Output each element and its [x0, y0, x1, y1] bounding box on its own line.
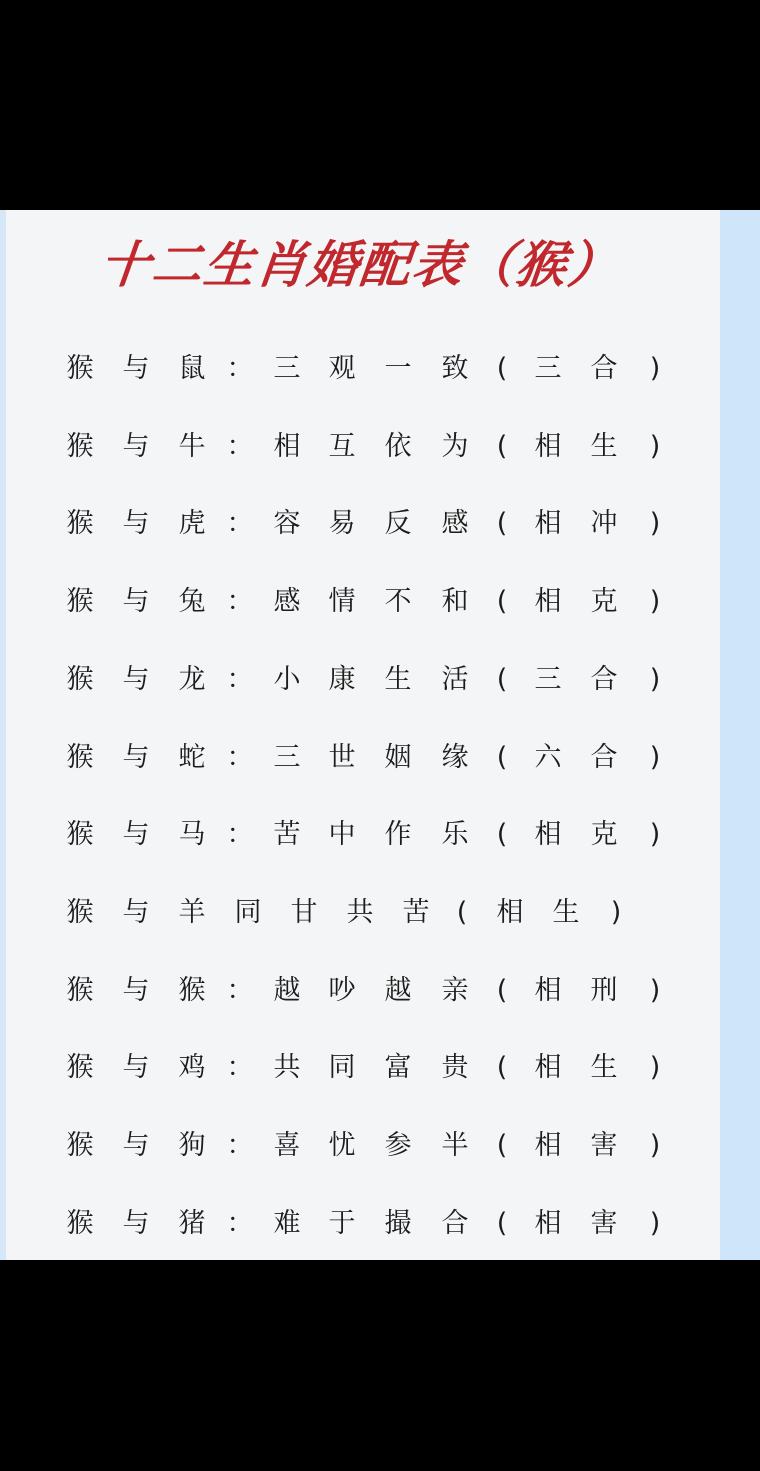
row-char: ： [220, 660, 260, 700]
row-char: 活 [435, 660, 475, 700]
row-char: 撮 [378, 1204, 418, 1244]
row-char: ： [220, 815, 260, 855]
row-char: 虎 [172, 504, 212, 544]
row-char: 生 [584, 427, 624, 467]
row-char: 三 [528, 349, 568, 389]
row-char: 感 [267, 582, 307, 622]
row-char: 相 [528, 1126, 568, 1166]
row-char: 小 [267, 660, 307, 700]
row-char: 猴 [60, 1204, 100, 1244]
row-char: 亲 [435, 971, 475, 1011]
row-char: 共 [340, 893, 380, 933]
row-char: 互 [322, 427, 362, 467]
row-char: 相 [490, 893, 530, 933]
row-char: 猪 [172, 1204, 212, 1244]
row-char: 合 [435, 1204, 475, 1244]
row-char: 难 [267, 1204, 307, 1244]
list-item: 猴与鼠：三观一致(三合) [0, 349, 720, 389]
row-char: 为 [435, 427, 475, 467]
row-char: ( [482, 971, 522, 1011]
row-char: 相 [528, 971, 568, 1011]
row-char: ) [635, 1048, 675, 1088]
row-char: ： [220, 1048, 260, 1088]
row-char: ) [635, 504, 675, 544]
row-char: 合 [584, 660, 624, 700]
list-item: 猴与蛇：三世姻缘(六合) [0, 738, 720, 778]
row-char: 与 [116, 738, 156, 778]
right-edge-strip [720, 210, 760, 1260]
row-char: 一 [378, 349, 418, 389]
row-char: 三 [267, 349, 307, 389]
row-char: 三 [528, 660, 568, 700]
row-char: 与 [116, 971, 156, 1011]
row-char: 冲 [584, 504, 624, 544]
row-char: ( [482, 660, 522, 700]
row-char: 依 [378, 427, 418, 467]
row-char: 易 [322, 504, 362, 544]
row-char: 甘 [284, 893, 324, 933]
row-char: 共 [267, 1048, 307, 1088]
row-char: ) [635, 349, 675, 389]
row-char: 猴 [60, 1126, 100, 1166]
row-char: ( [482, 815, 522, 855]
list-item: 猴与兔：感情不和(相克) [0, 582, 720, 622]
list-item: 猴与猴：越吵越亲(相刑) [0, 971, 720, 1011]
row-char: 蛇 [172, 738, 212, 778]
row-char: 越 [267, 971, 307, 1011]
row-char: 猴 [60, 971, 100, 1011]
row-char: 中 [322, 815, 362, 855]
page-title: 十二生肖婚配表（猴） [96, 230, 623, 300]
row-char: ( [442, 893, 482, 933]
row-char: 不 [378, 582, 418, 622]
row-char: ： [220, 1204, 260, 1244]
list-item: 猴与虎：容易反感(相冲) [0, 504, 720, 544]
row-char: 苦 [396, 893, 436, 933]
row-char: ( [482, 504, 522, 544]
row-char: 相 [528, 427, 568, 467]
row-char: 与 [116, 1126, 156, 1166]
row-char: 龙 [172, 660, 212, 700]
list-item: 猴与马：苦中作乐(相克) [0, 815, 720, 855]
row-char: 缘 [435, 738, 475, 778]
row-char: 苦 [267, 815, 307, 855]
row-char: 克 [584, 582, 624, 622]
row-char: ： [220, 1126, 260, 1166]
row-char: 半 [435, 1126, 475, 1166]
row-char: 鼠 [172, 349, 212, 389]
row-char: ( [482, 738, 522, 778]
row-char: 相 [528, 504, 568, 544]
row-char: ) [635, 582, 675, 622]
row-char: ) [635, 427, 675, 467]
row-char: 感 [435, 504, 475, 544]
row-char: 同 [228, 893, 268, 933]
row-char: 与 [116, 1048, 156, 1088]
row-char: 羊 [172, 893, 212, 933]
row-char: 贵 [435, 1048, 475, 1088]
row-char: ) [635, 1126, 675, 1166]
list-item: 猴与猪：难于撮合(相害) [0, 1204, 720, 1244]
row-char: 世 [322, 738, 362, 778]
row-char: 相 [528, 1204, 568, 1244]
row-char: 与 [116, 427, 156, 467]
row-char: 害 [584, 1126, 624, 1166]
row-char: 猴 [60, 504, 100, 544]
row-char: 生 [546, 893, 586, 933]
row-char: ) [596, 893, 636, 933]
row-char: 与 [116, 660, 156, 700]
row-char: 相 [528, 1048, 568, 1088]
row-char: ： [220, 738, 260, 778]
row-char: ( [482, 1048, 522, 1088]
row-char: 与 [116, 815, 156, 855]
row-char: 猴 [60, 1048, 100, 1088]
row-char: 和 [435, 582, 475, 622]
row-char: 作 [378, 815, 418, 855]
row-char: 富 [378, 1048, 418, 1088]
row-char: 三 [267, 738, 307, 778]
row-char: 致 [435, 349, 475, 389]
row-char: ： [220, 349, 260, 389]
row-char: ) [635, 971, 675, 1011]
row-char: ( [482, 1126, 522, 1166]
row-char: ( [482, 349, 522, 389]
row-char: 鸡 [172, 1048, 212, 1088]
row-char: 与 [116, 893, 156, 933]
row-char: 牛 [172, 427, 212, 467]
row-char: 猴 [60, 349, 100, 389]
row-char: ) [635, 815, 675, 855]
row-char: 害 [584, 1204, 624, 1244]
row-char: 与 [116, 582, 156, 622]
row-char: 马 [172, 815, 212, 855]
row-char: 猴 [60, 738, 100, 778]
row-char: ： [220, 504, 260, 544]
row-char: 猴 [60, 582, 100, 622]
row-char: 越 [378, 971, 418, 1011]
row-char: 猴 [60, 660, 100, 700]
zodiac-marriage-card: 十二生肖婚配表（猴） 猴与鼠：三观一致(三合)猴与牛：相互依为(相生)猴与虎：容… [0, 210, 760, 1260]
row-char: 生 [584, 1048, 624, 1088]
row-char: ) [635, 1204, 675, 1244]
row-char: 猴 [60, 427, 100, 467]
row-char: 反 [378, 504, 418, 544]
row-char: ) [635, 738, 675, 778]
list-item: 猴与羊同甘共苦(相生) [0, 893, 720, 933]
row-char: 与 [116, 1204, 156, 1244]
list-item: 猴与狗：喜忧参半(相害) [0, 1126, 720, 1166]
row-char: 情 [322, 582, 362, 622]
row-char: 相 [528, 582, 568, 622]
row-char: ( [482, 1204, 522, 1244]
row-char: 克 [584, 815, 624, 855]
row-char: 同 [322, 1048, 362, 1088]
row-char: 相 [267, 427, 307, 467]
row-char: ： [220, 427, 260, 467]
row-char: ) [635, 660, 675, 700]
row-char: 与 [116, 349, 156, 389]
row-char: 六 [528, 738, 568, 778]
row-char: ： [220, 582, 260, 622]
row-char: 与 [116, 504, 156, 544]
row-char: 猴 [60, 893, 100, 933]
row-char: 合 [584, 738, 624, 778]
row-char: 姻 [378, 738, 418, 778]
row-char: 观 [322, 349, 362, 389]
row-char: ( [482, 582, 522, 622]
row-char: 康 [322, 660, 362, 700]
row-char: 容 [267, 504, 307, 544]
row-char: ( [482, 427, 522, 467]
row-char: 吵 [322, 971, 362, 1011]
row-char: 忧 [322, 1126, 362, 1166]
list-item: 猴与鸡：共同富贵(相生) [0, 1048, 720, 1088]
row-char: ： [220, 971, 260, 1011]
row-char: 相 [528, 815, 568, 855]
row-char: 于 [322, 1204, 362, 1244]
row-char: 猴 [60, 815, 100, 855]
row-char: 猴 [172, 971, 212, 1011]
row-char: 喜 [267, 1126, 307, 1166]
row-char: 刑 [584, 971, 624, 1011]
row-char: 参 [378, 1126, 418, 1166]
list-item: 猴与牛：相互依为(相生) [0, 427, 720, 467]
list-item: 猴与龙：小康生活(三合) [0, 660, 720, 700]
row-char: 合 [584, 349, 624, 389]
row-char: 兔 [172, 582, 212, 622]
row-char: 狗 [172, 1126, 212, 1166]
row-char: 乐 [435, 815, 475, 855]
row-char: 生 [378, 660, 418, 700]
